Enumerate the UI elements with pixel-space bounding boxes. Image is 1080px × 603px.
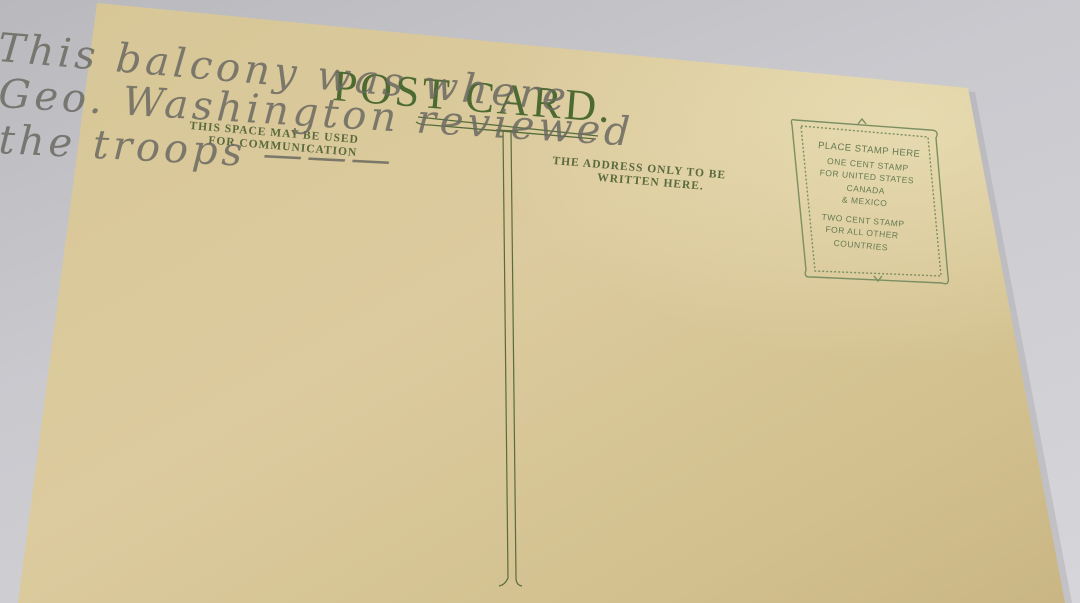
postcard-photo: POST CARD. THIS SPACE MAY BE USED FOR CO…	[0, 0, 1080, 603]
postcard-card	[0, 0, 1080, 603]
